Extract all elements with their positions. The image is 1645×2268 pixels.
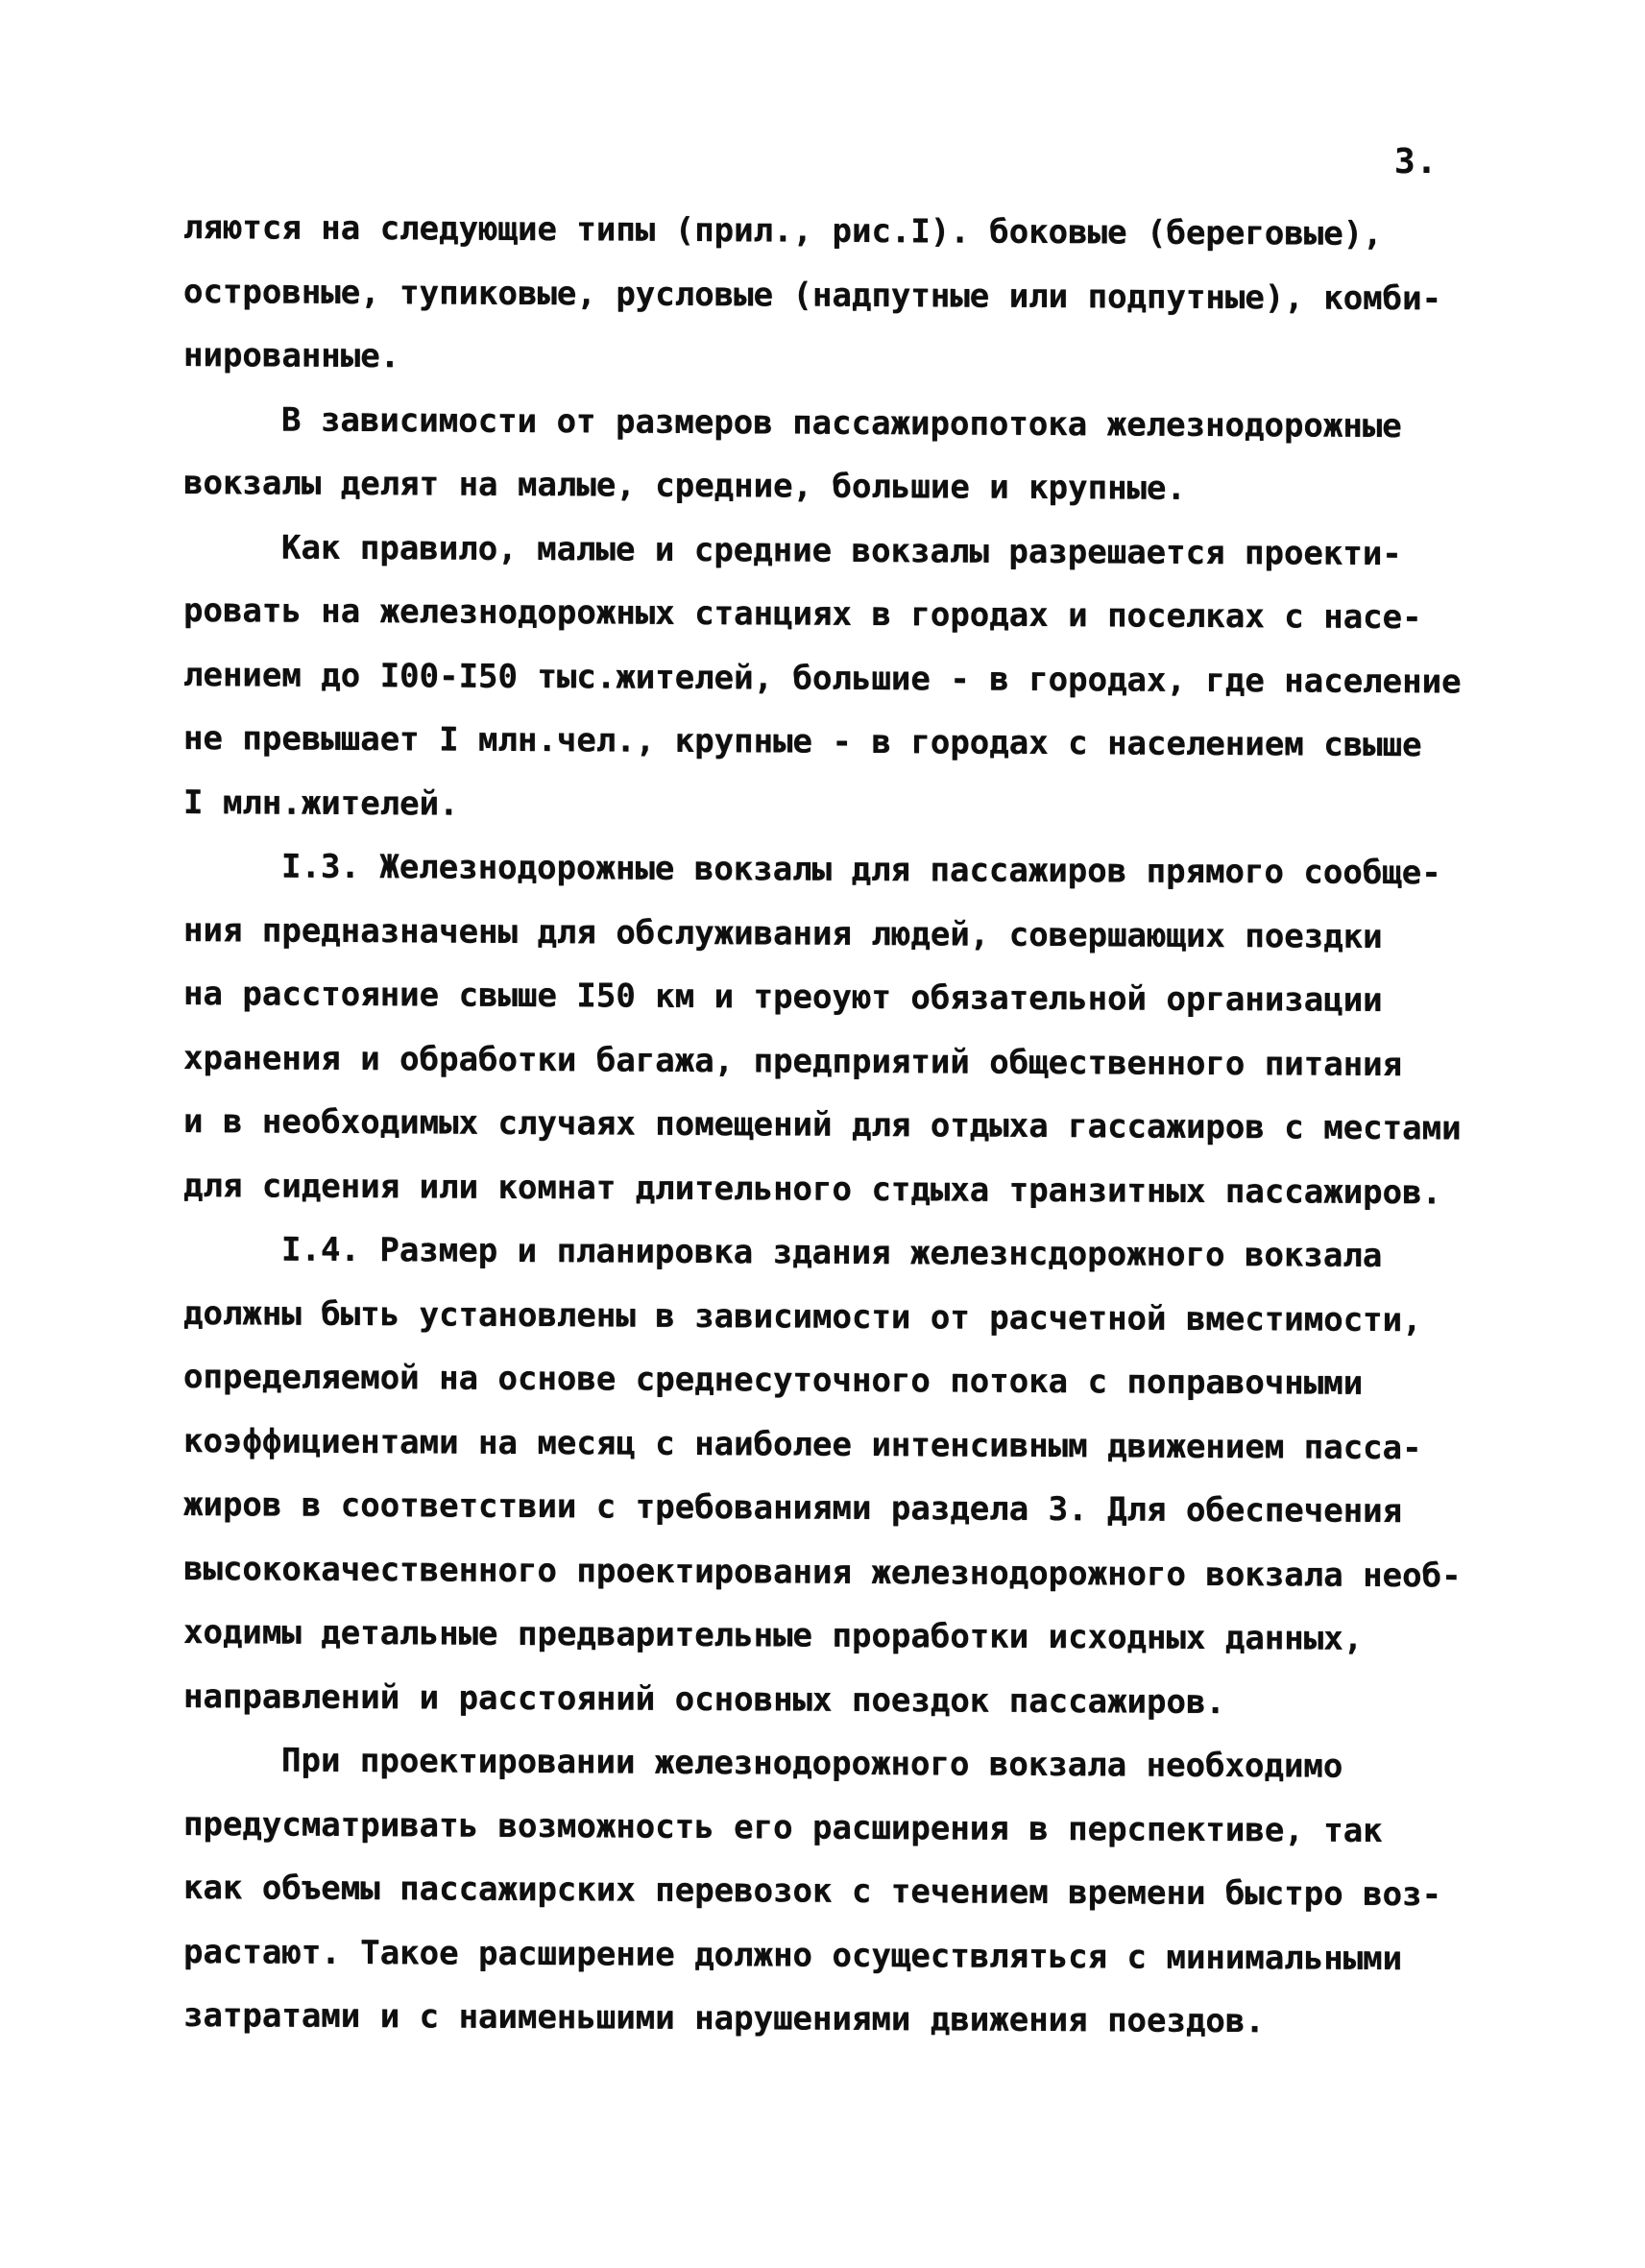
text-line: В зависимости от размеров пассажиропоток… bbox=[183, 388, 1528, 459]
text-line: лением до I00-I50 тыс.жителей, большие -… bbox=[183, 643, 1528, 714]
text-line: определяемой на основе среднесуточного п… bbox=[183, 1345, 1528, 1416]
page-number: 3. bbox=[1394, 142, 1438, 181]
text-line: вокзалы делят на малые, средние, большие… bbox=[183, 451, 1528, 522]
text-line: предусматривать возможность его расширен… bbox=[183, 1793, 1528, 1864]
text-line: ходимы детальные предварительные прорабо… bbox=[183, 1601, 1528, 1672]
text-line: не превышает I млн.чел., крупные - в гор… bbox=[183, 707, 1528, 778]
text-line: Как правило, малые и средние вокзалы раз… bbox=[183, 516, 1528, 587]
text-line: как объемы пассажирских перевозок с тече… bbox=[183, 1856, 1528, 1927]
text-line: затратами и с наименьшими нарушениями дв… bbox=[183, 1984, 1528, 2055]
text-line: на расстояние свыше I50 км и треоуют обя… bbox=[183, 962, 1528, 1033]
text-line: высококачественного проектирования желез… bbox=[183, 1537, 1528, 1608]
scanned-page: 3. ляются на следующие типы (прил., рис.… bbox=[0, 0, 1645, 2268]
text-line: жиров в соответствии с требованиями разд… bbox=[183, 1473, 1528, 1544]
text-line: для сидения или комнат длительного стдых… bbox=[183, 1154, 1528, 1225]
text-line: хранения и обработки багажа, предприятий… bbox=[183, 1026, 1528, 1098]
text-line: ляются на следующие типы (прил., рис.I).… bbox=[183, 196, 1528, 267]
text-line: I.4. Размер и планировка здания железнсд… bbox=[183, 1218, 1528, 1289]
body-text: ляются на следующие типы (прил., рис.I).… bbox=[183, 196, 1528, 2055]
text-line: и в необходимых случаях помещений для от… bbox=[183, 1090, 1528, 1161]
text-line: I.3. Железнодорожные вокзалы для пассажи… bbox=[183, 834, 1528, 905]
text-line: ния предназначены для обслуживания людей… bbox=[183, 899, 1528, 970]
text-line: ровать на железнодорожных станциях в гор… bbox=[183, 579, 1528, 650]
text-line: При проектировании железнодорожного вокз… bbox=[183, 1728, 1528, 1799]
text-line: нированные. bbox=[183, 324, 1528, 395]
text-line: должны быть установлены в зависимости от… bbox=[183, 1282, 1528, 1353]
text-line: растают. Такое расширение должно осущест… bbox=[183, 1920, 1528, 1991]
text-line: коэффициентами на месяц с наиболее интен… bbox=[183, 1410, 1528, 1481]
text-line: островные, тупиковые, русловые (надпутны… bbox=[183, 260, 1528, 331]
text-line: I млн.жителей. bbox=[183, 771, 1528, 842]
text-line: направлений и расстояний основных поездо… bbox=[183, 1665, 1528, 1736]
